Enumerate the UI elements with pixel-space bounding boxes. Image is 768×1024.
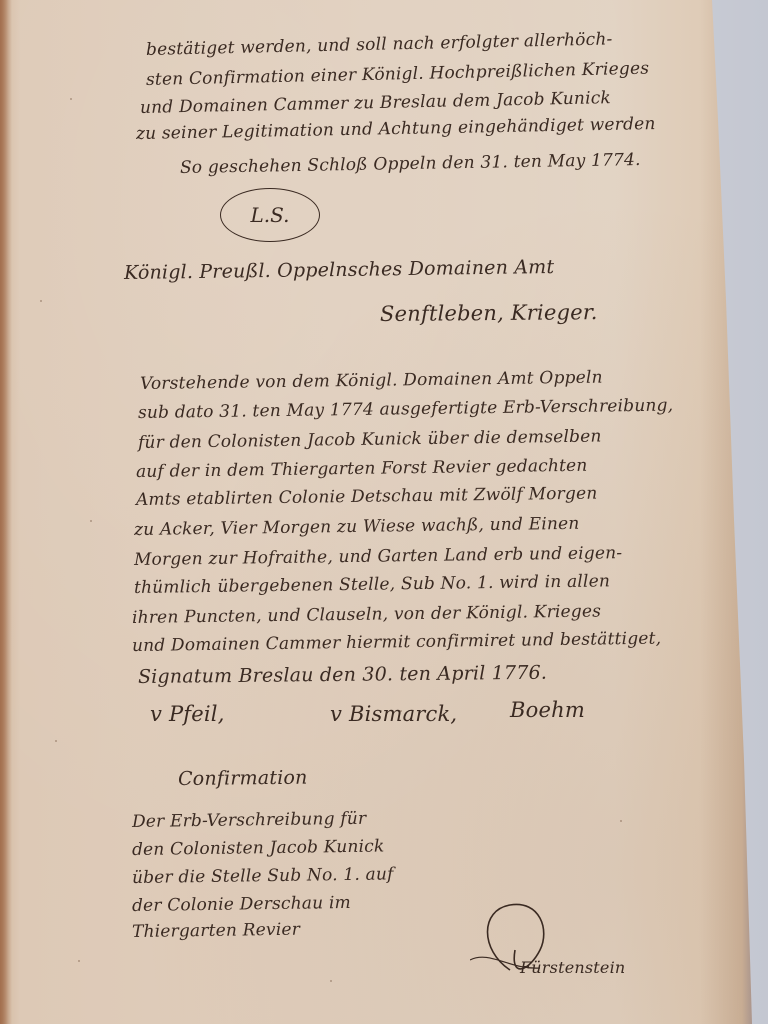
binding-edge — [0, 0, 12, 1024]
paper-speck — [70, 98, 72, 100]
signature-boehm: Boehm — [510, 698, 585, 722]
signature-bismarck: v Bismarck, — [330, 702, 457, 726]
paper-speck — [78, 960, 80, 962]
text-line: für den Colonisten Jacob Kunick über die… — [138, 427, 602, 453]
margin-note-line: über die Stelle Sub No. 1. auf — [132, 864, 394, 888]
signatum-line: Signatum Breslau den 30. ten April 1776. — [138, 662, 547, 688]
seal-mark: L.S. — [220, 188, 320, 242]
text-line: sub dato 31. ten May 1774 ausgefertigte … — [138, 396, 674, 423]
text-line: sten Confirmation einer Königl. Hochprei… — [146, 59, 650, 90]
paper-speck — [330, 980, 332, 982]
paper-speck — [90, 520, 92, 522]
margin-note-title: Confirmation — [178, 767, 308, 790]
text-line: und Domainen Cammer hiermit confirmiret … — [132, 629, 662, 656]
margin-note-line: Der Erb-Verschreibung für — [132, 809, 367, 832]
margin-note-line: Thiergarten Revier — [132, 920, 300, 942]
margin-note-line: der Colonie Derschau im — [132, 893, 351, 916]
text-line: Morgen zur Hofraithe, und Garten Land er… — [134, 543, 623, 570]
manuscript-page: bestätiget werden, und soll nach erfolgt… — [0, 0, 768, 1024]
text-line: Vorstehende von dem Königl. Domainen Amt… — [140, 368, 603, 394]
paper-speck — [40, 300, 42, 302]
document-photo: bestätiget werden, und soll nach erfolgt… — [0, 0, 768, 1024]
paper-speck — [55, 740, 57, 742]
text-line: zu Acker, Vier Morgen zu Wiese wachß, un… — [134, 514, 580, 540]
paper-speck — [620, 820, 622, 822]
margin-note-line: den Colonisten Jacob Kunick — [132, 836, 385, 860]
office-line: Königl. Preußl. Oppelnsches Domainen Amt — [124, 256, 555, 284]
text-line: thümlich übergebenen Stelle, Sub No. 1. … — [134, 571, 610, 598]
text-line: und Domainen Cammer zu Breslau dem Jacob… — [140, 88, 611, 118]
page-edge — [700, 0, 760, 1024]
text-line: zu seiner Legitimation und Achtung einge… — [136, 114, 656, 144]
office-signatures: Senftleben, Krieger. — [380, 300, 598, 326]
text-line: Amts etablirten Colonie Detschau mit Zwö… — [136, 484, 598, 510]
place-date-line: So geschehen Schloß Oppeln den 31. ten M… — [180, 150, 641, 178]
text-line: auf der in dem Thiergarten Forst Revier … — [136, 456, 588, 482]
closing-signature: Fürstenstein — [520, 958, 625, 977]
text-line: bestätiget werden, und soll nach erfolgt… — [146, 29, 613, 60]
signature-pfeil: v Pfeil, — [150, 702, 225, 726]
text-line: ihren Puncten, und Clauseln, von der Kön… — [132, 601, 601, 628]
